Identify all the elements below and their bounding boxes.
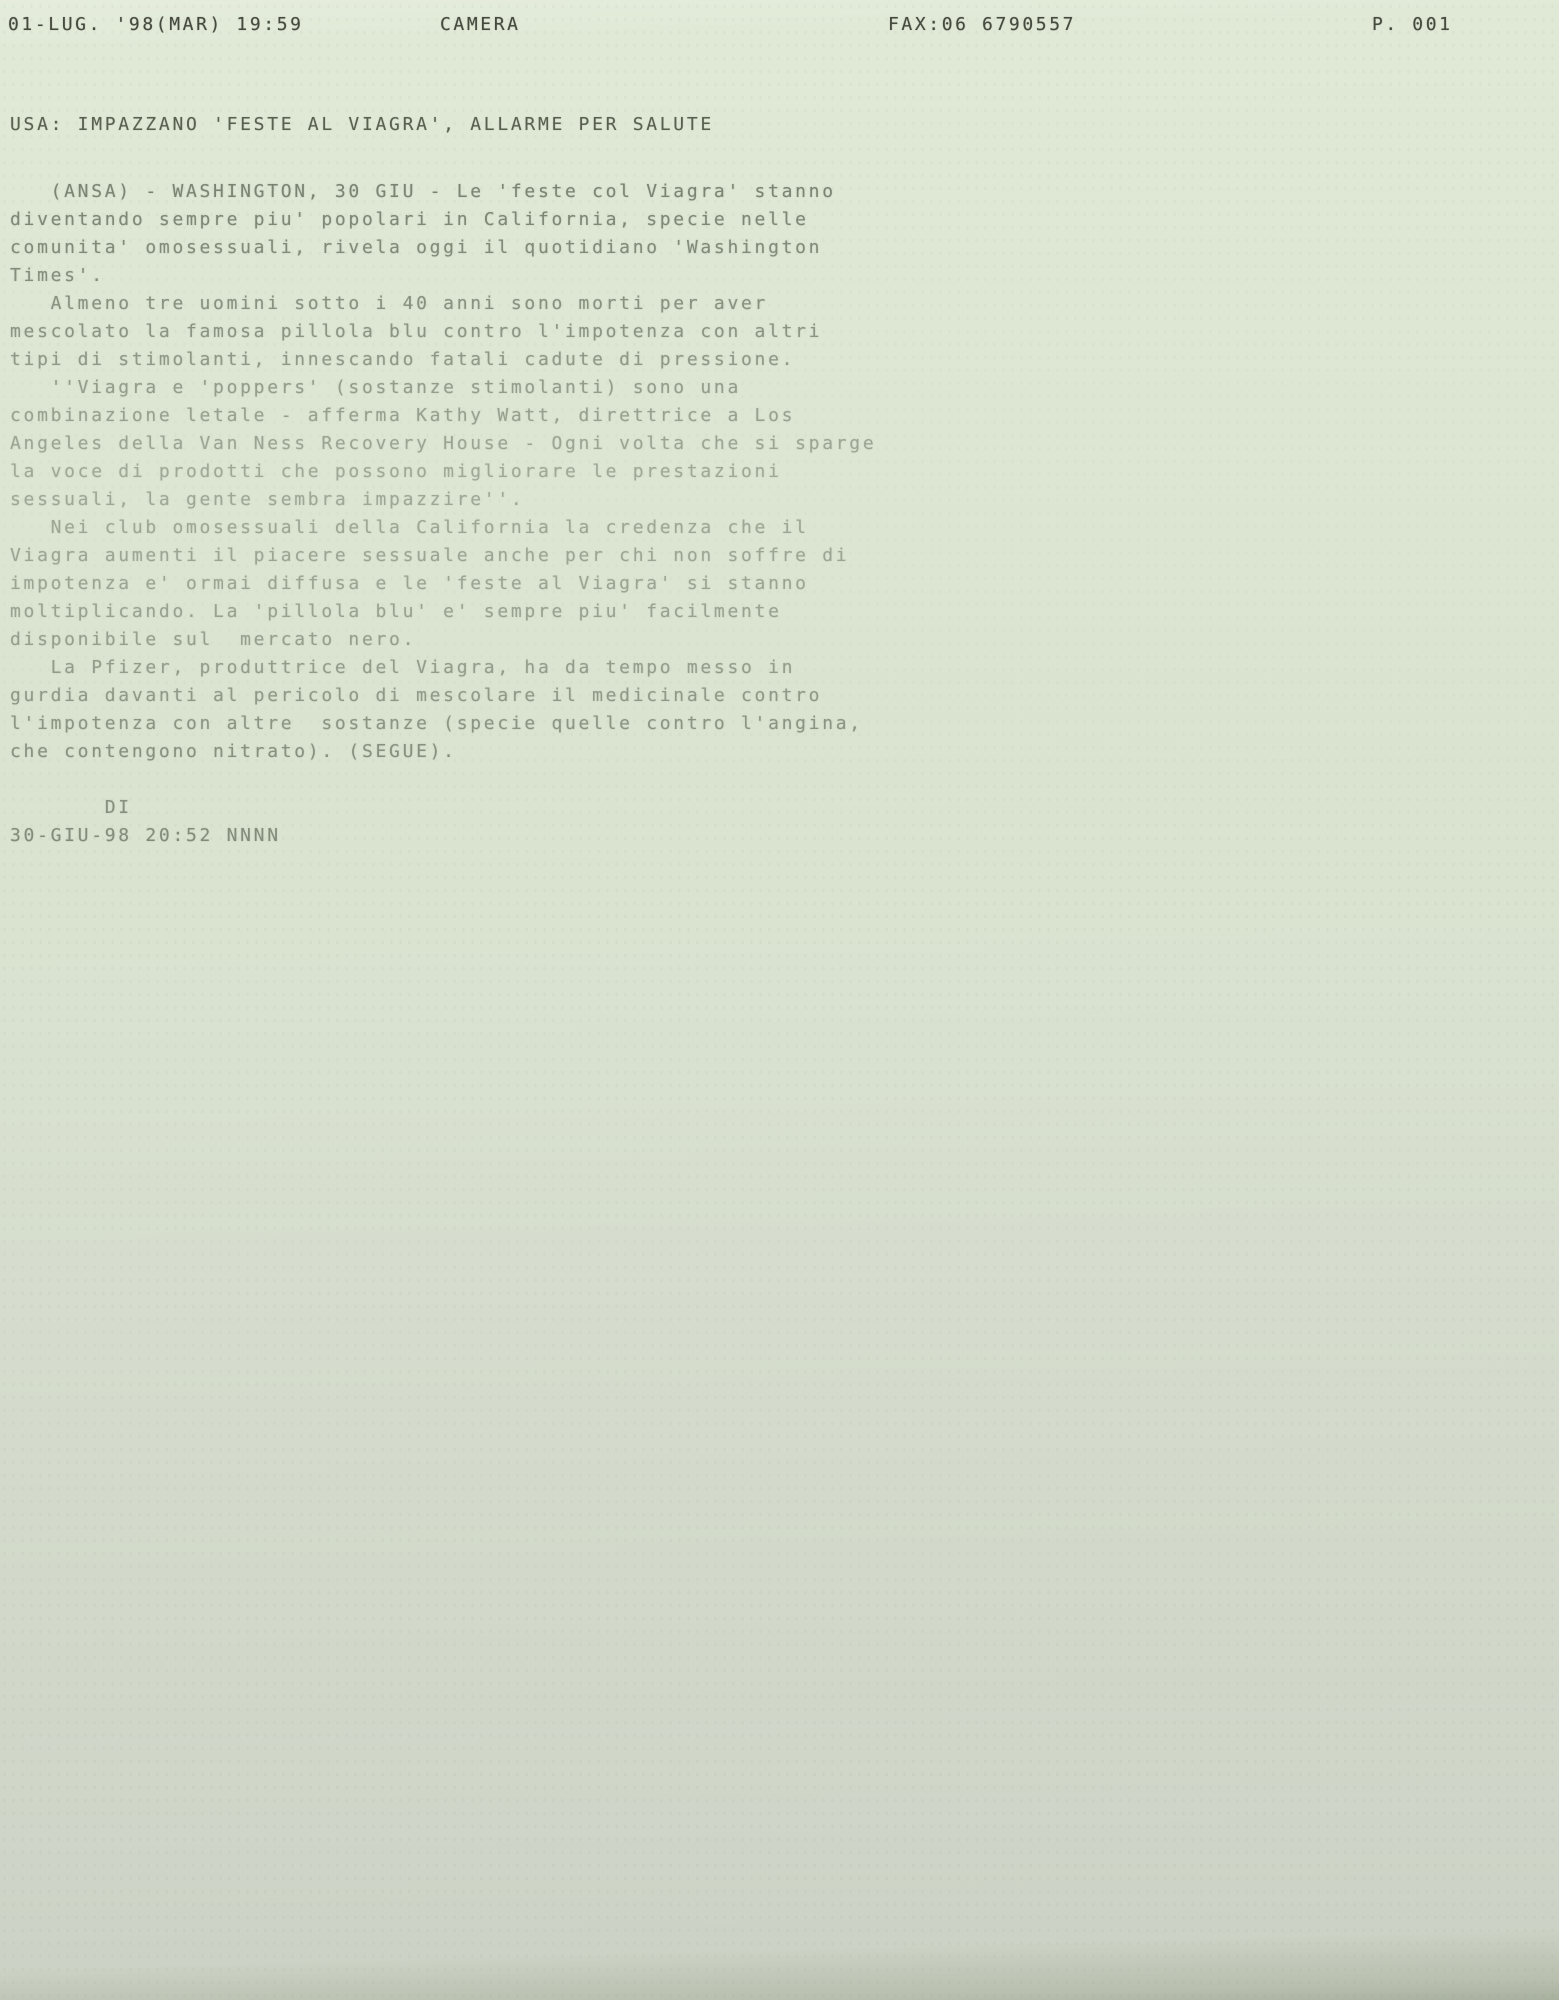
fax-datetime: 01-LUG. '98(MAR) 19:59 (8, 14, 304, 35)
fax-page-number: P. 001 (1372, 14, 1453, 35)
fax-scan-page: 01-LUG. '98(MAR) 19:59 CAMERA FAX:06 679… (0, 0, 1559, 2000)
article-closing-lines: DI 30-GIU-98 20:52 NNNN (10, 794, 281, 850)
article-body-text: (ANSA) - WASHINGTON, 30 GIU - Le 'feste … (10, 178, 876, 766)
fax-sender-name: CAMERA (440, 14, 521, 35)
fax-number: FAX:06 6790557 (888, 14, 1076, 35)
fax-transmission-banner: 01-LUG. '98(MAR) 19:59 CAMERA FAX:06 679… (0, 14, 1559, 46)
article-headline: USA: IMPAZZANO 'FESTE AL VIAGRA', ALLARM… (10, 114, 714, 135)
